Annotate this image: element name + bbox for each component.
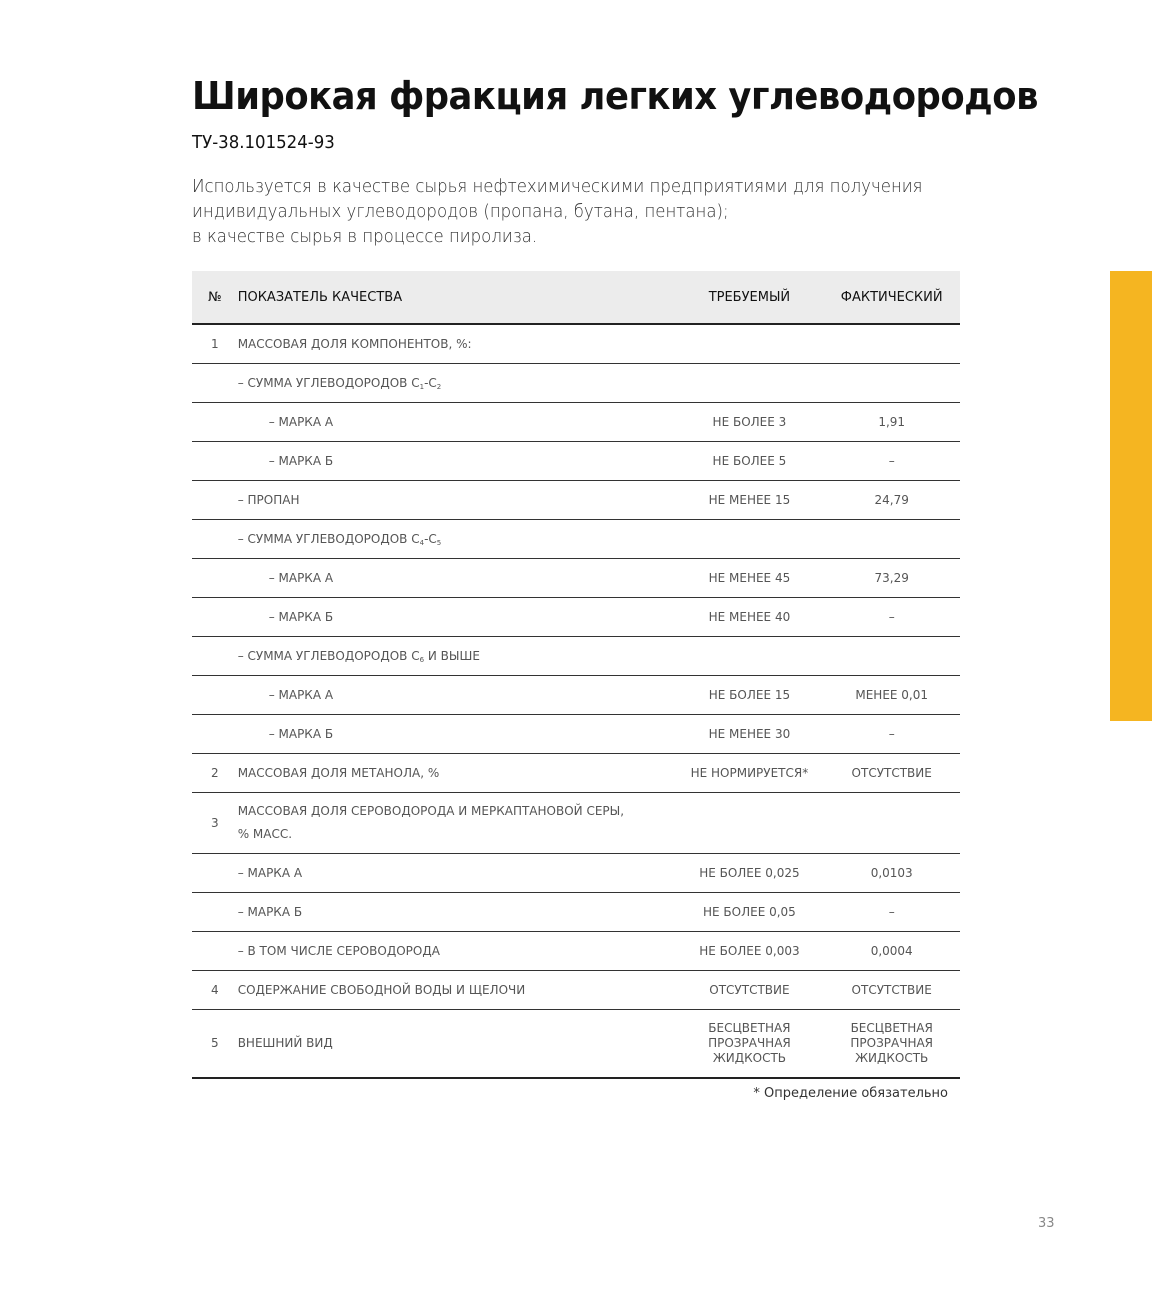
row-name: – МАРКА А: [238, 854, 676, 893]
row-name: ВНЕШНИЙ ВИД: [238, 1010, 676, 1079]
row-num: [192, 403, 238, 442]
footnote: * Определение обязательно: [753, 1086, 948, 1101]
accent-side-bar: [1110, 271, 1152, 721]
row-actual: –: [823, 893, 960, 932]
row-name: – СУММА УГЛЕВОДОРОДОВ С1-С2: [238, 364, 676, 403]
table-row: – СУММА УГЛЕВОДОРОДОВ С1-С2: [192, 364, 960, 403]
table-row: – МАРКА Б НЕ МЕНЕЕ 40 –: [192, 598, 960, 637]
row-required: [675, 520, 823, 559]
quality-table: № ПОКАЗАТЕЛЬ КАЧЕСТВА ТРЕБУЕМЫЙ ФАКТИЧЕС…: [192, 271, 960, 1079]
row-actual: [823, 793, 960, 854]
header-actual: ФАКТИЧЕСКИЙ: [823, 271, 960, 324]
row-required: [675, 324, 823, 364]
row-required: НЕ БОЛЕЕ 0,025: [675, 854, 823, 893]
row-name: – МАРКА Б: [238, 893, 676, 932]
row-name: МАССОВАЯ ДОЛЯ КОМПОНЕНТОВ, %:: [238, 324, 676, 364]
row-actual: ОТСУТСТВИЕ: [823, 971, 960, 1010]
row-name: – МАРКА Б: [238, 598, 676, 637]
row-num: [192, 893, 238, 932]
table-row: – МАРКА Б НЕ БОЛЕЕ 0,05 –: [192, 893, 960, 932]
row-num: [192, 598, 238, 637]
table-row: – СУММА УГЛЕВОДОРОДОВ С4-С5: [192, 520, 960, 559]
row-actual: –: [823, 715, 960, 754]
row-actual: [823, 324, 960, 364]
table-row: – МАРКА Б НЕ БОЛЕЕ 5 –: [192, 442, 960, 481]
row-actual: 1,91: [823, 403, 960, 442]
row-required: НЕ МЕНЕЕ 15: [675, 481, 823, 520]
row-required: [675, 364, 823, 403]
row-num: 2: [192, 754, 238, 793]
row-name: СОДЕРЖАНИЕ СВОБОДНОЙ ВОДЫ И ЩЕЛОЧИ: [238, 971, 676, 1010]
row-actual: [823, 364, 960, 403]
description-line: в качестве сырья в процессе пиролиза.: [192, 224, 910, 249]
table-row: 5 ВНЕШНИЙ ВИД БЕСЦВЕТНАЯПРОЗРАЧНАЯЖИДКОС…: [192, 1010, 960, 1079]
row-name: МАССОВАЯ ДОЛЯ СЕРОВОДОРОДА И МЕРКАПТАНОВ…: [238, 793, 676, 854]
row-num: [192, 559, 238, 598]
row-actual: БЕСЦВЕТНАЯПРОЗРАЧНАЯЖИДКОСТЬ: [823, 1010, 960, 1079]
row-num: 5: [192, 1010, 238, 1079]
table-row: – МАРКА Б НЕ МЕНЕЕ 30 –: [192, 715, 960, 754]
row-num: [192, 854, 238, 893]
row-num: 4: [192, 971, 238, 1010]
row-num: [192, 520, 238, 559]
row-actual: ОТСУТСТВИЕ: [823, 754, 960, 793]
spec-code: ТУ-38.101524-93: [192, 132, 335, 153]
header-num: №: [192, 271, 238, 324]
row-name: МАССОВАЯ ДОЛЯ МЕТАНОЛА, %: [238, 754, 676, 793]
row-num: [192, 364, 238, 403]
description-line: Используется в качестве сырья нефтехимич…: [192, 174, 910, 199]
row-num: [192, 481, 238, 520]
description-line: индивидуальных углеводородов (пропана, б…: [192, 199, 910, 224]
table-row: 2 МАССОВАЯ ДОЛЯ МЕТАНОЛА, % НЕ НОРМИРУЕТ…: [192, 754, 960, 793]
row-required: НЕ БОЛЕЕ 3: [675, 403, 823, 442]
row-required: НЕ МЕНЕЕ 30: [675, 715, 823, 754]
row-name: – ПРОПАН: [238, 481, 676, 520]
row-num: [192, 637, 238, 676]
table-row: – ПРОПАН НЕ МЕНЕЕ 15 24,79: [192, 481, 960, 520]
row-required: НЕ БОЛЕЕ 0,05: [675, 893, 823, 932]
row-name: – МАРКА А: [238, 403, 676, 442]
table-row: – В ТОМ ЧИСЛЕ СЕРОВОДОРОДА НЕ БОЛЕЕ 0,00…: [192, 932, 960, 971]
row-required: ОТСУТСТВИЕ: [675, 971, 823, 1010]
header-name: ПОКАЗАТЕЛЬ КАЧЕСТВА: [238, 271, 676, 324]
table-row: 1 МАССОВАЯ ДОЛЯ КОМПОНЕНТОВ, %:: [192, 324, 960, 364]
row-required: НЕ БОЛЕЕ 15: [675, 676, 823, 715]
row-num: [192, 932, 238, 971]
row-required: НЕ НОРМИРУЕТСЯ*: [675, 754, 823, 793]
row-num: 3: [192, 793, 238, 854]
table-row: – СУММА УГЛЕВОДОРОДОВ С6 И ВЫШЕ: [192, 637, 960, 676]
row-required: [675, 637, 823, 676]
row-required: НЕ МЕНЕЕ 40: [675, 598, 823, 637]
table-row: – МАРКА А НЕ МЕНЕЕ 45 73,29: [192, 559, 960, 598]
row-required: НЕ МЕНЕЕ 45: [675, 559, 823, 598]
table-row: – МАРКА А НЕ БОЛЕЕ 0,025 0,0103: [192, 854, 960, 893]
header-required: ТРЕБУЕМЫЙ: [675, 271, 823, 324]
row-num: [192, 715, 238, 754]
row-name: – СУММА УГЛЕВОДОРОДОВ С4-С5: [238, 520, 676, 559]
description: Используется в качестве сырья нефтехимич…: [192, 174, 910, 249]
row-num: [192, 442, 238, 481]
row-num: 1: [192, 324, 238, 364]
page-number: 33: [1038, 1216, 1055, 1231]
row-required: НЕ БОЛЕЕ 5: [675, 442, 823, 481]
row-actual: –: [823, 442, 960, 481]
table-row: – МАРКА А НЕ БОЛЕЕ 15 МЕНЕЕ 0,01: [192, 676, 960, 715]
row-name: – В ТОМ ЧИСЛЕ СЕРОВОДОРОДА: [238, 932, 676, 971]
row-actual: 73,29: [823, 559, 960, 598]
row-actual: 0,0004: [823, 932, 960, 971]
row-actual: МЕНЕЕ 0,01: [823, 676, 960, 715]
row-required: БЕСЦВЕТНАЯПРОЗРАЧНАЯЖИДКОСТЬ: [675, 1010, 823, 1079]
row-num: [192, 676, 238, 715]
row-actual: –: [823, 598, 960, 637]
row-name: – СУММА УГЛЕВОДОРОДОВ С6 И ВЫШЕ: [238, 637, 676, 676]
table-row: 4 СОДЕРЖАНИЕ СВОБОДНОЙ ВОДЫ И ЩЕЛОЧИ ОТС…: [192, 971, 960, 1010]
row-required: [675, 793, 823, 854]
table-row: 3 МАССОВАЯ ДОЛЯ СЕРОВОДОРОДА И МЕРКАПТАН…: [192, 793, 960, 854]
table-row: – МАРКА А НЕ БОЛЕЕ 3 1,91: [192, 403, 960, 442]
row-actual: 0,0103: [823, 854, 960, 893]
table-header-row: № ПОКАЗАТЕЛЬ КАЧЕСТВА ТРЕБУЕМЫЙ ФАКТИЧЕС…: [192, 271, 960, 324]
row-required: НЕ БОЛЕЕ 0,003: [675, 932, 823, 971]
page-title: Широкая фракция легких углеводородов: [192, 74, 1038, 118]
row-name: – МАРКА А: [238, 559, 676, 598]
row-actual: 24,79: [823, 481, 960, 520]
row-actual: [823, 637, 960, 676]
row-name: – МАРКА А: [238, 676, 676, 715]
row-name: – МАРКА Б: [238, 715, 676, 754]
row-name: – МАРКА Б: [238, 442, 676, 481]
row-actual: [823, 520, 960, 559]
